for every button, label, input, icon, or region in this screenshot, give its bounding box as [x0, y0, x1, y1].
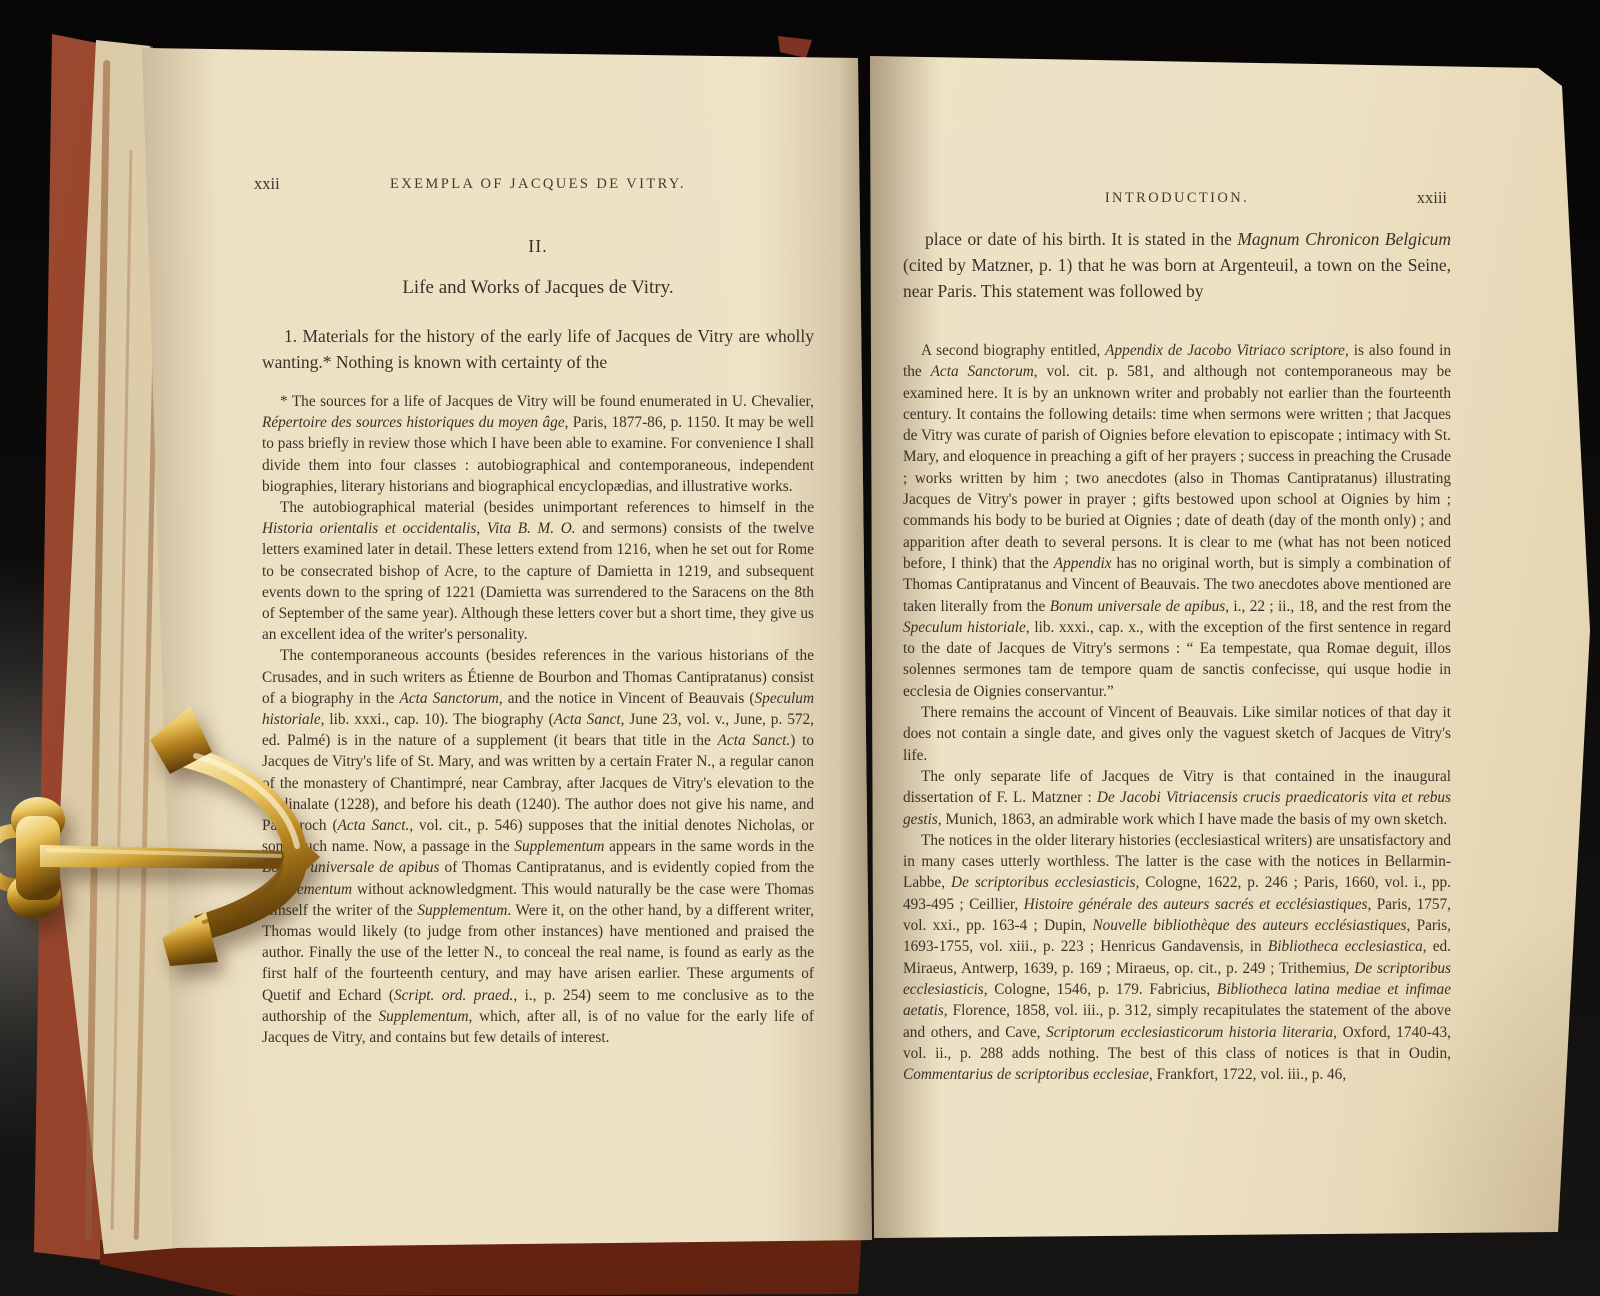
- section-number: II.: [262, 236, 814, 257]
- right-page-number: xxiii: [1417, 188, 1447, 208]
- section-title: Life and Works of Jacques de Vitry.: [262, 277, 814, 299]
- left-footnote: * The sources for a life of Jacques de V…: [262, 391, 814, 1048]
- left-running-head: xxii EXEMPLA OF JACQUES DE VITRY.: [262, 176, 814, 198]
- left-running-header: EXEMPLA OF JACQUES DE VITRY.: [262, 176, 814, 193]
- right-page-text: INTRODUCTION. xxiii place or date of his…: [903, 190, 1451, 1085]
- right-body-paragraph: place or date of his birth. It is stated…: [903, 226, 1451, 304]
- footnote-paragraph: There remains the account of Vincent of …: [903, 702, 1451, 766]
- left-body-paragraph: 1. Materials for the history of the earl…: [262, 323, 814, 375]
- right-running-head: INTRODUCTION. xxiii: [903, 190, 1451, 212]
- right-footnote: A second biography entitled, Appendix de…: [903, 340, 1451, 1085]
- left-page-text: xxii EXEMPLA OF JACQUES DE VITRY. II. Li…: [262, 176, 814, 1048]
- footnote-paragraph: The only separate life of Jacques de Vit…: [903, 766, 1451, 830]
- left-page-number: xxii: [254, 174, 280, 194]
- footnote-paragraph: The contemporaneous accounts (besides re…: [262, 645, 814, 1048]
- footnote-paragraph: * The sources for a life of Jacques de V…: [262, 391, 814, 497]
- open-book-photo: xxii EXEMPLA OF JACQUES DE VITRY. II. Li…: [0, 0, 1600, 1296]
- footnote-paragraph: A second biography entitled, Appendix de…: [903, 340, 1451, 702]
- right-running-header: INTRODUCTION.: [903, 190, 1451, 207]
- footnote-paragraph: The notices in the older literary histor…: [903, 830, 1451, 1086]
- footnote-paragraph: The autobiographical material (besides u…: [262, 497, 814, 645]
